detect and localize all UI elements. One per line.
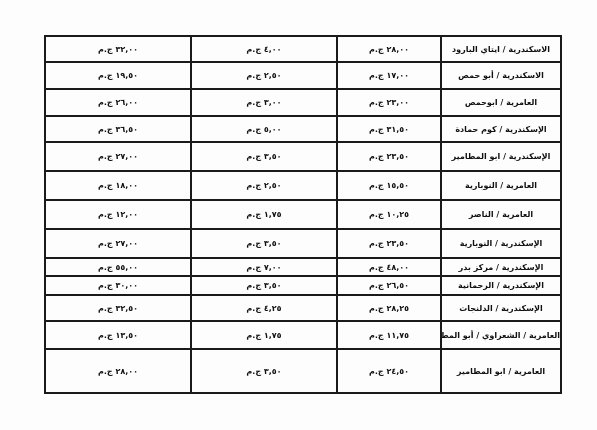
fare-cell: ٤٨,٠٠ ج.م <box>337 258 441 276</box>
table-row: العامرية / ابو المطامير٢٤,٥٠ ج.م٣,٥٠ ج.م… <box>45 349 561 393</box>
fare-cell: ٢٦,٥٠ ج.م <box>337 276 441 295</box>
route-cell: الإسكندرية / مركز بدر <box>441 258 561 276</box>
extra-fee-cell: ٣,٥٠ ج.م <box>191 276 337 295</box>
fare-cell: ٢٣,٥٠ ج.م <box>337 142 441 171</box>
total-fare-cell: ١٢,٠٠ ج.م <box>45 200 191 229</box>
extra-fee-cell: ٢,٥٠ ج.م <box>191 62 337 89</box>
route-cell: العامرية / الناصر <box>441 200 561 229</box>
total-fare-cell: ٣٦,٥٠ ج.م <box>45 116 191 142</box>
table-row: الإسكندرية / مركز بدر٤٨,٠٠ ج.م٧,٠٠ ج.م٥٥… <box>45 258 561 276</box>
extra-fee-cell: ١,٧٥ ج.م <box>191 200 337 229</box>
fare-cell: ٢٨,٠٠ ج.م <box>337 36 441 62</box>
extra-fee-cell: ٤,٠٠ ج.م <box>191 36 337 62</box>
table-row: الاسكندرية / ايتاي البارود٢٨,٠٠ ج.م٤,٠٠ … <box>45 36 561 62</box>
extra-fee-cell: ٤,٢٥ ج.م <box>191 295 337 321</box>
extra-fee-cell: ٥,٠٠ ج.م <box>191 116 337 142</box>
total-fare-cell: ٣٢,٥٠ ج.م <box>45 295 191 321</box>
total-fare-cell: ٣٢,٠٠ ج.م <box>45 36 191 62</box>
fare-cell: ١٠,٢٥ ج.م <box>337 200 441 229</box>
extra-fee-cell: ٣,٥٠ ج.م <box>191 229 337 258</box>
fare-cell: ١١,٧٥ ج.م <box>337 321 441 349</box>
route-cell: الإسكندرية / النوبارية <box>441 229 561 258</box>
total-fare-cell: ٢٦,٠٠ ج.م <box>45 89 191 116</box>
scanned-page: الاسكندرية / ايتاي البارود٢٨,٠٠ ج.م٤,٠٠ … <box>0 0 597 430</box>
total-fare-cell: ١٩,٥٠ ج.م <box>45 62 191 89</box>
route-cell: الاسكندرية / ايتاي البارود <box>441 36 561 62</box>
route-cell: الإسكندرية / الدلنجات <box>441 295 561 321</box>
table-row: العامرية / الناصر١٠,٢٥ ج.م١,٧٥ ج.م١٢,٠٠ … <box>45 200 561 229</box>
fare-cell: ١٧,٠٠ ج.م <box>337 62 441 89</box>
fare-cell: ١٥,٥٠ ج.م <box>337 171 441 200</box>
table-row: الإسكندرية / النوبارية٢٣,٥٠ ج.م٣,٥٠ ج.م٢… <box>45 229 561 258</box>
fares-table-body: الاسكندرية / ايتاي البارود٢٨,٠٠ ج.م٤,٠٠ … <box>45 36 561 393</box>
extra-fee-cell: ٣,٠٠ ج.م <box>191 89 337 116</box>
route-cell: الإسكندرية / ابو المطامير <box>441 142 561 171</box>
route-cell: العامرية / ابو المطامير <box>441 349 561 393</box>
total-fare-cell: ٢٧,٠٠ ج.م <box>45 142 191 171</box>
fare-cell: ٣١,٥٠ ج.م <box>337 116 441 142</box>
route-cell: الاسكندرية / أبو حمص <box>441 62 561 89</box>
route-cell: الإسكندرية / كوم حمادة <box>441 116 561 142</box>
total-fare-cell: ١٨,٠٠ ج.م <box>45 171 191 200</box>
table-row: الإسكندرية / الرحمانية٢٦,٥٠ ج.م٣,٥٠ ج.م٣… <box>45 276 561 295</box>
extra-fee-cell: ١,٧٥ ج.م <box>191 321 337 349</box>
table-row: الإسكندرية / الدلنجات٢٨,٢٥ ج.م٤,٢٥ ج.م٣٢… <box>45 295 561 321</box>
table-row: العامرية / ابوحمص٢٣,٠٠ ج.م٣,٠٠ ج.م٢٦,٠٠ … <box>45 89 561 116</box>
route-cell: العامرية / ابوحمص <box>441 89 561 116</box>
table-row: الإسكندرية / ابو المطامير٢٣,٥٠ ج.م٣,٥٠ ج… <box>45 142 561 171</box>
route-cell: العامرية / الشعراوي / أبو المطامير <box>441 321 561 349</box>
table-row: الإسكندرية / كوم حمادة٣١,٥٠ ج.م٥,٠٠ ج.م٣… <box>45 116 561 142</box>
total-fare-cell: ٢٨,٠٠ ج.م <box>45 349 191 393</box>
route-cell: الإسكندرية / الرحمانية <box>441 276 561 295</box>
total-fare-cell: ٥٥,٠٠ ج.م <box>45 258 191 276</box>
extra-fee-cell: ٢,٥٠ ج.م <box>191 171 337 200</box>
extra-fee-cell: ٣,٥٠ ج.م <box>191 349 337 393</box>
total-fare-cell: ٢٧,٠٠ ج.م <box>45 229 191 258</box>
fares-table: الاسكندرية / ايتاي البارود٢٨,٠٠ ج.م٤,٠٠ … <box>44 35 562 394</box>
extra-fee-cell: ٧,٠٠ ج.م <box>191 258 337 276</box>
fare-cell: ٢٨,٢٥ ج.م <box>337 295 441 321</box>
fare-cell: ٢٣,٠٠ ج.م <box>337 89 441 116</box>
fare-cell: ٢٣,٥٠ ج.م <box>337 229 441 258</box>
table-row: الاسكندرية / أبو حمص١٧,٠٠ ج.م٢,٥٠ ج.م١٩,… <box>45 62 561 89</box>
fare-cell: ٢٤,٥٠ ج.م <box>337 349 441 393</box>
total-fare-cell: ١٣,٥٠ ج.م <box>45 321 191 349</box>
extra-fee-cell: ٣,٥٠ ج.م <box>191 142 337 171</box>
table-row: العامرية / الشعراوي / أبو المطامير١١,٧٥ … <box>45 321 561 349</box>
total-fare-cell: ٣٠,٠٠ ج.م <box>45 276 191 295</box>
route-cell: العامرية / النوبارية <box>441 171 561 200</box>
table-row: العامرية / النوبارية١٥,٥٠ ج.م٢,٥٠ ج.م١٨,… <box>45 171 561 200</box>
